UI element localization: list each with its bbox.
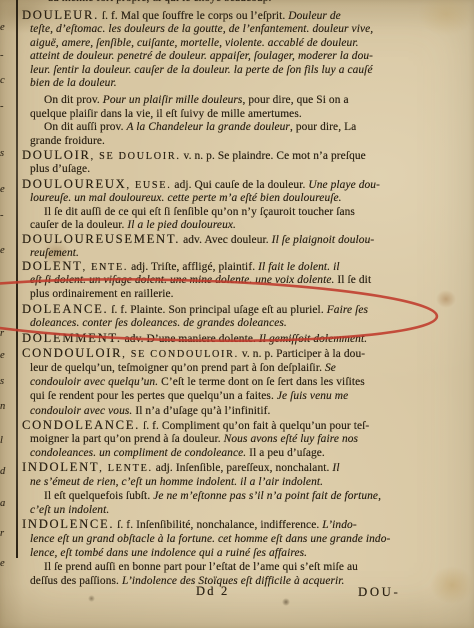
text-line: plus d’uſage. bbox=[30, 163, 90, 176]
text-line: atteint de douleur. penetré de douleur. … bbox=[30, 50, 373, 63]
headword: DOLENT bbox=[22, 259, 83, 273]
text-segment: lence, eſt tombé dans une indolence qui … bbox=[30, 547, 307, 559]
margin-fragment: a bbox=[0, 498, 14, 509]
catchword: DOU- bbox=[358, 585, 400, 600]
text-line: leur de quelqu’un, teſmoigner qu’on pren… bbox=[30, 362, 336, 375]
text-segment: Pour un plaiſir mille douleurs bbox=[103, 94, 243, 106]
headword: DOULOUREUSEMENT. bbox=[22, 232, 180, 246]
paper-stain bbox=[430, 566, 474, 604]
text-line: aiguë, amere, ſenſible, cuiſante, mortel… bbox=[30, 37, 359, 50]
text-segment: Il eſt quelquefois ſubſt. bbox=[44, 490, 153, 502]
entry-indolence: INDOLENCE. ſ. f. Inſenſibilité, nonchala… bbox=[22, 518, 357, 532]
text-segment: eſt ſi dolent. un viſage dolent. une min… bbox=[30, 274, 337, 286]
text-line: grande froidure. bbox=[30, 135, 105, 148]
text-line: ne s’émeut de rien, c’eſt un homme indol… bbox=[30, 476, 323, 489]
ink-speck bbox=[88, 595, 95, 602]
text-segment: moigner la part qu’on prend à ſa douleur… bbox=[30, 433, 224, 445]
margin-fragment: e bbox=[0, 558, 14, 569]
headword: DOLEANCE. bbox=[22, 302, 108, 316]
text-segment: , LENTE. bbox=[99, 463, 153, 474]
text-segment: v. n. p. Participer à la dou- bbox=[239, 348, 365, 360]
text-line: condouloir avec vous. Il n’a d’uſage qu’… bbox=[30, 405, 270, 418]
text-line: moigner la part qu’on prend à ſa douleur… bbox=[30, 433, 358, 446]
text-line: lence, eſt tombé dans une indolence qui … bbox=[30, 547, 307, 560]
entry-douloureux: DOULOUREUX, EUSE. adj. Qui cauſe de la d… bbox=[22, 178, 380, 192]
text-segment: adv. D’une maniere dolente. bbox=[122, 333, 259, 345]
text-segment: ne s’émeut de rien, c’eſt un homme indol… bbox=[30, 476, 323, 488]
text-segment: On dit auſſi prov. bbox=[44, 121, 126, 133]
text-segment: reuſement. bbox=[30, 247, 79, 259]
text-segment: qui ſe rendent pour les pertes que quelq… bbox=[30, 390, 277, 402]
text-segment: Il ſe dit auſſi de ce qui eſt ſi ſenſibl… bbox=[44, 206, 355, 218]
entry-condouloir: CONDOULOIR, SE CONDOULOIR. v. n. p. Part… bbox=[22, 347, 365, 361]
text-segment: Douleur de bbox=[288, 10, 341, 22]
margin-fragment: e bbox=[0, 350, 14, 361]
text-segment: ſ. f. Compliment qu’on fait à quelqu’un … bbox=[140, 420, 369, 432]
text-segment: L’indolence des Stoïques eſt difficile à… bbox=[122, 575, 345, 587]
headword: DOULOIR bbox=[22, 148, 91, 162]
text-line: Il eſt quelquefois ſubſt. Je ne m’eſtonn… bbox=[44, 490, 381, 503]
entry-condoleance: CONDOLEANCE. ſ. f. Compliment qu’on fait… bbox=[22, 419, 369, 433]
text-segment: adv. Avec douleur. bbox=[180, 234, 272, 246]
text-segment: ſ. f. Mal que ſouffre le corps ou l’eſpr… bbox=[99, 10, 288, 22]
entry-douloir: DOULOIR, SE DOULOIR. v. n. p. Se plaindr… bbox=[22, 149, 366, 163]
headword: DOULOUREUX bbox=[22, 177, 126, 191]
margin-fragment: e bbox=[0, 245, 14, 256]
text-line: cauſer de la douleur. Il a le pied doulo… bbox=[30, 219, 236, 232]
headword: DOLEMMENT. bbox=[22, 331, 122, 345]
headword: CONDOULOIR bbox=[22, 346, 122, 360]
text-segment: loureuſe. un mal douloureux. cette perte… bbox=[30, 192, 342, 204]
text-segment: deſſus des paſſions. bbox=[30, 575, 122, 587]
ink-speck bbox=[282, 598, 290, 606]
margin-fragment: d bbox=[0, 466, 14, 477]
headword: CONDOLEANCE. bbox=[22, 418, 140, 432]
text-line: deſſus des paſſions. L’indolence des Sto… bbox=[30, 575, 345, 588]
margin-fragment: e bbox=[0, 22, 14, 33]
margin-fragment: s bbox=[0, 148, 14, 159]
text-segment: Je ſuis venu me bbox=[277, 390, 348, 402]
paper-stain bbox=[418, 0, 474, 36]
text-segment: Il n’a d’uſage qu’à l’infinitif. bbox=[135, 405, 270, 417]
entry-dolemment: DOLEMMENT. adv. D’une maniere dolente. I… bbox=[22, 332, 367, 346]
text-segment: adj. Qui cauſe de la douleur. bbox=[171, 179, 308, 191]
text-line: Il ſe dit auſſi de ce qui eſt ſi ſenſibl… bbox=[44, 206, 355, 219]
text-segment: Se bbox=[325, 362, 336, 374]
text-segment: Je ne m’eſtonne pas s’il n’a point fait … bbox=[153, 490, 381, 502]
text-segment: condoleances. un compliment de condolean… bbox=[30, 447, 249, 459]
text-line: lence eſt un grand obſtacle à la fortune… bbox=[30, 533, 390, 546]
text-line: bien de la douleur. bbox=[30, 77, 117, 90]
text-line: condouloir avec quelqu’un. C’eſt le term… bbox=[30, 376, 365, 389]
text-line: condoleances. un compliment de condolean… bbox=[30, 447, 325, 460]
text-segment: Il ſe dit bbox=[337, 274, 371, 286]
text-line: teſte, d’eſtomac. les douleurs de la gou… bbox=[30, 23, 373, 36]
text-segment: Il a le pied douloureux. bbox=[127, 219, 236, 231]
text-segment: Il bbox=[332, 462, 339, 474]
text-line: leur. ſentir la douleur. cauſer de la do… bbox=[30, 64, 373, 77]
text-segment: Il gemiſſoit dolemment. bbox=[259, 333, 367, 345]
text-line: doleances. conter ſes doleances. de gran… bbox=[30, 317, 287, 330]
text-line: On dit auſſi prov. A la Chandeleur la gr… bbox=[44, 121, 356, 134]
text-segment: leur de quelqu’un, teſmoigner qu’on pren… bbox=[30, 362, 325, 374]
text-segment: On dit prov. bbox=[44, 94, 103, 106]
text-line: loureuſe. un mal douloureux. cette perte… bbox=[30, 192, 342, 205]
text-segment: atteint de douleur. penetré de douleur. … bbox=[30, 50, 373, 62]
text-segment: , SE DOULOIR. bbox=[91, 151, 181, 162]
text-segment: Nous avons eſté luy faire nos bbox=[224, 433, 358, 445]
text-segment: aiguë, amere, ſenſible, cuiſante, mortel… bbox=[30, 37, 359, 49]
text-segment: cauſer de la douleur. bbox=[30, 219, 127, 231]
text-line: eſt ſi dolent. un viſage dolent. une min… bbox=[30, 274, 371, 287]
text-segment: Faire ſes bbox=[327, 304, 368, 316]
text-segment: plus d’uſage. bbox=[30, 163, 90, 175]
text-segment: , EUSE. bbox=[126, 180, 171, 191]
headword: DOULEUR. bbox=[22, 8, 99, 22]
margin-fragment: r bbox=[0, 528, 14, 539]
text-line: Il ſe prend auſſi en bonne part pour l’e… bbox=[44, 561, 358, 574]
headword: INDOLENT bbox=[22, 460, 99, 474]
text-segment: leur. ſentir la douleur. cauſer de la do… bbox=[30, 64, 373, 76]
text-segment: adj. Triſte, affligé, plaintif. bbox=[128, 261, 258, 273]
entry-douloureusement: DOULOUREUSEMENT. adv. Avec douleur. Il ſ… bbox=[22, 233, 374, 247]
text-line: On dit prov. Pour un plaiſir mille doule… bbox=[44, 94, 349, 107]
text-segment: A la Chandeleur la grande douleur bbox=[126, 121, 290, 133]
text-segment: plus ordinairement en raillerie. bbox=[30, 288, 174, 300]
text-segment: ſ. f. Plainte. Son principal uſage eſt a… bbox=[108, 304, 326, 316]
margin-fragment: - bbox=[0, 210, 14, 221]
text-segment: teſte, d’eſtomac. les douleurs de la gou… bbox=[30, 23, 373, 35]
headword: INDOLENCE. bbox=[22, 517, 114, 531]
text-segment: Il ſe plaignoit doulou- bbox=[272, 234, 375, 246]
entry-dolent: DOLENT, ENTE. adj. Triſte, affligé, plai… bbox=[22, 260, 340, 274]
text-segment: C’eſt le terme dont on ſe ſert dans les … bbox=[161, 376, 365, 388]
text-segment: bien de la douleur. bbox=[30, 77, 117, 89]
margin-fragment: - bbox=[0, 50, 14, 61]
text-segment: lence eſt un grand obſtacle à la fortune… bbox=[30, 533, 390, 545]
paper-stain bbox=[436, 290, 456, 308]
text-segment: doleances. conter ſes doleances. de gran… bbox=[30, 317, 287, 329]
text-segment: v. n. p. Se plaindre. Ce mot n’a preſque bbox=[181, 150, 366, 162]
margin-fragment: - bbox=[0, 101, 14, 112]
text-segment: adj. Inſenſible, pareſſeux, nonchalant. bbox=[153, 462, 333, 474]
text-line: c’eſt un indolent. bbox=[30, 504, 109, 517]
column-divider-rule bbox=[16, 0, 18, 558]
text-segment: Il ſe prend auſſi en bonne part pour l’e… bbox=[44, 561, 358, 573]
text-segment: c’eſt un indolent. bbox=[30, 504, 109, 516]
margin-fragment: s bbox=[0, 376, 14, 387]
text-segment: Une playe dou- bbox=[308, 179, 380, 191]
dictionary-page: e-c-se-eresnldare au meſme fort propre, … bbox=[0, 0, 474, 628]
margin-fragment: l bbox=[0, 435, 14, 446]
text-segment: ſ. f. Inſenſibilité, nonchalance, indiff… bbox=[114, 519, 322, 531]
text-line: qui ſe rendent pour les pertes que quelq… bbox=[30, 390, 348, 403]
margin-fragment: n bbox=[0, 401, 14, 412]
text-segment: grande froidure. bbox=[30, 135, 105, 147]
margin-fragment: r bbox=[0, 328, 14, 339]
entry-indolent: INDOLENT, LENTE. adj. Inſenſible, pareſſ… bbox=[22, 461, 340, 475]
signature-mark: Dd 2 bbox=[196, 584, 229, 599]
text-segment: , pour dire, que Si on a bbox=[242, 94, 348, 106]
text-segment: Il a peu d’uſage. bbox=[249, 447, 325, 459]
text-segment: condouloir avec vous. bbox=[30, 405, 135, 417]
partial-top-line: au meſme fort propre, & qui le choye bea… bbox=[48, 0, 271, 5]
margin-fragment: e bbox=[0, 184, 14, 195]
text-segment: , SE CONDOULOIR. bbox=[122, 349, 239, 360]
text-segment: Il fait le dolent. il bbox=[258, 261, 340, 273]
text-segment: L’indo- bbox=[322, 519, 356, 531]
text-line: quelque plaiſir dans la vie, il eſt ſuiv… bbox=[30, 108, 302, 121]
text-segment: quelque plaiſir dans la vie, il eſt ſuiv… bbox=[30, 108, 302, 120]
entry-doleance: DOLEANCE. ſ. f. Plainte. Son principal u… bbox=[22, 303, 368, 317]
entry-douleur: DOULEUR. ſ. f. Mal que ſouffre le corps … bbox=[22, 9, 341, 23]
text-segment: , ENTE. bbox=[83, 262, 129, 273]
text-line: plus ordinairement en raillerie. bbox=[30, 288, 174, 301]
margin-fragment: c bbox=[0, 75, 14, 86]
text-segment: , pour dire, La bbox=[290, 121, 356, 133]
text-segment: au meſme fort propre, & qui le choye bea… bbox=[48, 0, 271, 4]
text-segment: condouloir avec quelqu’un. bbox=[30, 376, 161, 388]
